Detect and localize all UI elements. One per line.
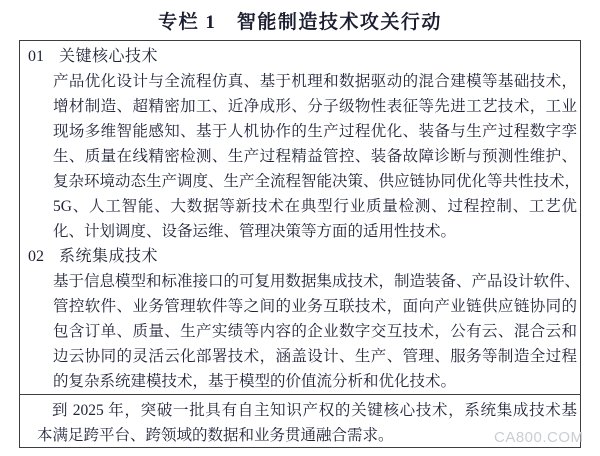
section-number: 02 (28, 244, 47, 269)
technology-sections-cell: 01关键核心技术 产品优化设计与全流程仿真、基于机理和数据驱动的混合建模等基础技… (20, 41, 580, 394)
page-title: 专栏 1 智能制造技术攻关行动 (0, 7, 600, 34)
paragraph-line: 现场多维智能感知、基于人机协作的生产过程优化、装备与生产过程数字孪 (53, 119, 577, 144)
paragraph-line: 5G、人工智能、大数据等新技术在典型行业质量检测、过程控制、工艺优 (53, 194, 577, 219)
section-header-system-integration-tech: 02系统集成技术 (20, 244, 580, 269)
paragraph-line: 复杂环境动态生产调度、生产全流程智能决策、供应链协同优化等共性技术， (53, 169, 577, 194)
paragraph-line: 边云协同的灵活云化部署技术，涵盖设计、生产、管理、服务等制造全过程 (53, 344, 577, 369)
content-box: 01关键核心技术 产品优化设计与全流程仿真、基于机理和数据驱动的混合建模等基础技… (19, 40, 581, 448)
paragraph-line: 管控软件、业务管理软件等之间的业务互联技术，面向产业链供应链协同的 (53, 294, 577, 319)
section-header-key-core-tech: 01关键核心技术 (20, 44, 580, 69)
paragraph-line: 产品优化设计与全流程仿真、基于机理和数据驱动的混合建模等基础技术， (53, 69, 577, 94)
goal-line: 到 2025 年，突破一批具有自主知识产权的关键核心技术，系统集成技术基 (37, 398, 577, 423)
watermark-ca800: CA800.COM (494, 429, 584, 446)
paragraph-line: 基于信息模型和标准接口的可复用数据集成技术，制造装备、产品设计软件、 (53, 269, 577, 294)
section-number: 01 (28, 44, 47, 69)
section-title: 系统集成技术 (59, 248, 158, 265)
paragraph-line: 包含订单、质量、生产实绩等内容的企业数字交互技术，公有云、混合云和 (53, 319, 577, 344)
paragraph-line: 增材制造、超精密加工、近净成形、分子级物性表征等先进工艺技术，工业 (53, 94, 577, 119)
paragraph-line: 化、计划调度、设备运维、管理决策等方面的适用性技术。 (53, 219, 577, 244)
paragraph-line: 生、质量在线精密检测、生产过程精益管控、装备故障诊断与预测性维护、 (53, 144, 577, 169)
paragraph-line: 的复杂系统建模技术，基于模型的价值流分析和优化技术。 (53, 369, 577, 394)
section-title: 关键核心技术 (59, 48, 158, 65)
